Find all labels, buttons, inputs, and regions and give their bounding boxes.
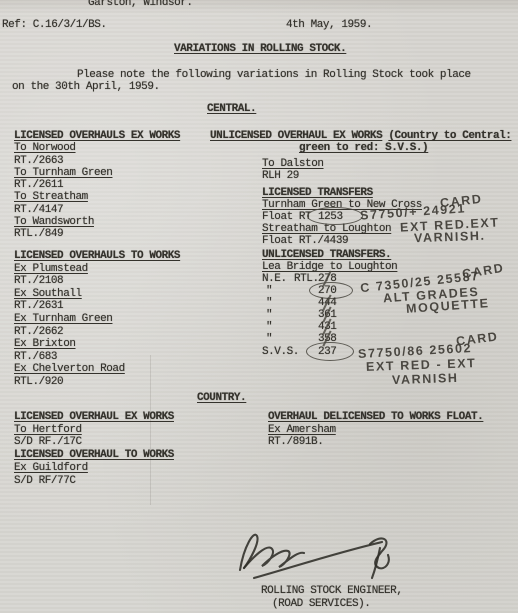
fleet-number: 361 <box>318 309 336 321</box>
origin: Ex Plumstead <box>14 263 180 276</box>
fleet-number: 431 <box>318 321 336 333</box>
operator-prefix: S.V.S. <box>262 346 299 358</box>
class-label: RTL. <box>294 273 319 285</box>
signatory-role-line1: ROLLING STOCK ENGINEER, <box>261 585 402 597</box>
page-title: VARIATIONS IN ROLLING STOCK. <box>174 43 346 55</box>
origin: Ex Turnham Green <box>14 313 180 326</box>
country-section-heading: COUNTRY. <box>197 392 246 404</box>
fleet-number: Float RT./4439 <box>262 235 348 247</box>
section-title: LICENSED OVERHAULS EX WORKS <box>14 130 180 142</box>
destination: To Turnham Green <box>14 167 180 179</box>
section-title: LICENSED OVERHAULS TO WORKS <box>14 250 180 263</box>
document-date: 4th May, 1959. <box>286 19 372 31</box>
intro-line-2: on the 30th April, 1959. <box>12 81 160 93</box>
hand-circle <box>306 342 354 361</box>
licensed-overhauls-ex-works-section: LICENSED OVERHAULS EX WORKS To Norwood R… <box>14 130 180 241</box>
fleet-number: RT./891B. <box>268 436 483 449</box>
paper-fold-line <box>150 355 151 505</box>
fleet-number: RT./2663 <box>14 155 180 167</box>
licensed-overhauls-to-works-section: LICENSED OVERHAULS TO WORKS Ex Plumstead… <box>14 250 180 389</box>
ditto-mark: " <box>266 333 272 345</box>
signature-graphic <box>230 518 410 592</box>
ditto-mark: " <box>266 297 272 309</box>
intro-line-1: Please note the following variations in … <box>77 69 471 81</box>
fleet-number: RT./4147 <box>14 204 180 216</box>
unlicensed-transfers-title: UNLICENSED TRANSFERS. <box>262 249 391 261</box>
scanned-document-page: Garston, Windsor. Ref: C.16/3/1/BS. 4th … <box>0 0 518 613</box>
section-note-line2: green to red: S.V.S.) <box>299 142 428 154</box>
destination: To Streatham <box>14 191 180 203</box>
ditto-mark: " <box>266 321 272 333</box>
licensed-transfers-title: LICENSED TRANSFERS <box>262 187 373 199</box>
ditto-mark: " <box>266 309 272 321</box>
destination: To Norwood <box>14 142 180 154</box>
fleet-number: RTL./920 <box>14 376 180 389</box>
unlicensed-overhaul-ex-works-header: UNLICENSED OVERHAUL EX WORKS (Country to… <box>210 130 511 142</box>
origin: Ex Amersham <box>268 424 483 437</box>
destination: To Dalston <box>262 158 324 170</box>
fleet-number: RT./2631 <box>14 300 180 313</box>
fleet-number: RT./2108 <box>14 275 180 288</box>
float-label: Float RT <box>262 211 311 223</box>
reference-number: Ref: C.16/3/1/BS. <box>2 19 107 31</box>
fleet-number: RT./2611 <box>14 179 180 191</box>
origin: Ex Southall <box>14 288 180 301</box>
operator-prefix: N.E. <box>262 273 287 285</box>
transfer-route: Streatham to Loughton <box>262 223 391 235</box>
section-title: UNLICENSED OVERHAUL EX WORKS <box>210 130 382 142</box>
fleet-number: RT./2662 <box>14 326 180 339</box>
origin: Ex Chelverton Road <box>14 363 180 376</box>
destination: To Wandsworth <box>14 216 180 228</box>
ditto-mark: " <box>266 285 272 297</box>
origin: Ex Brixton <box>14 338 180 351</box>
section-title: OVERHAUL DELICENSED TO WORKS FLOAT. <box>268 411 483 424</box>
handwritten-note: VARNISH <box>392 371 459 387</box>
fleet-number: 444 <box>318 297 336 309</box>
central-section-heading: CENTRAL. <box>207 103 256 115</box>
country-right-block: OVERHAUL DELICENSED TO WORKS FLOAT. Ex A… <box>268 411 483 449</box>
signatory-role-line2: (ROAD SERVICES). <box>272 598 370 610</box>
handwritten-note: VARNISH. <box>414 229 486 245</box>
letterhead-location: Garston, Windsor. <box>88 0 193 9</box>
fleet-number: RTL./849 <box>14 228 180 240</box>
fleet-number: RLH 29 <box>262 170 299 182</box>
fleet-number: RT./683 <box>14 351 180 364</box>
section-note-line1: (Country to Central: <box>388 130 511 142</box>
